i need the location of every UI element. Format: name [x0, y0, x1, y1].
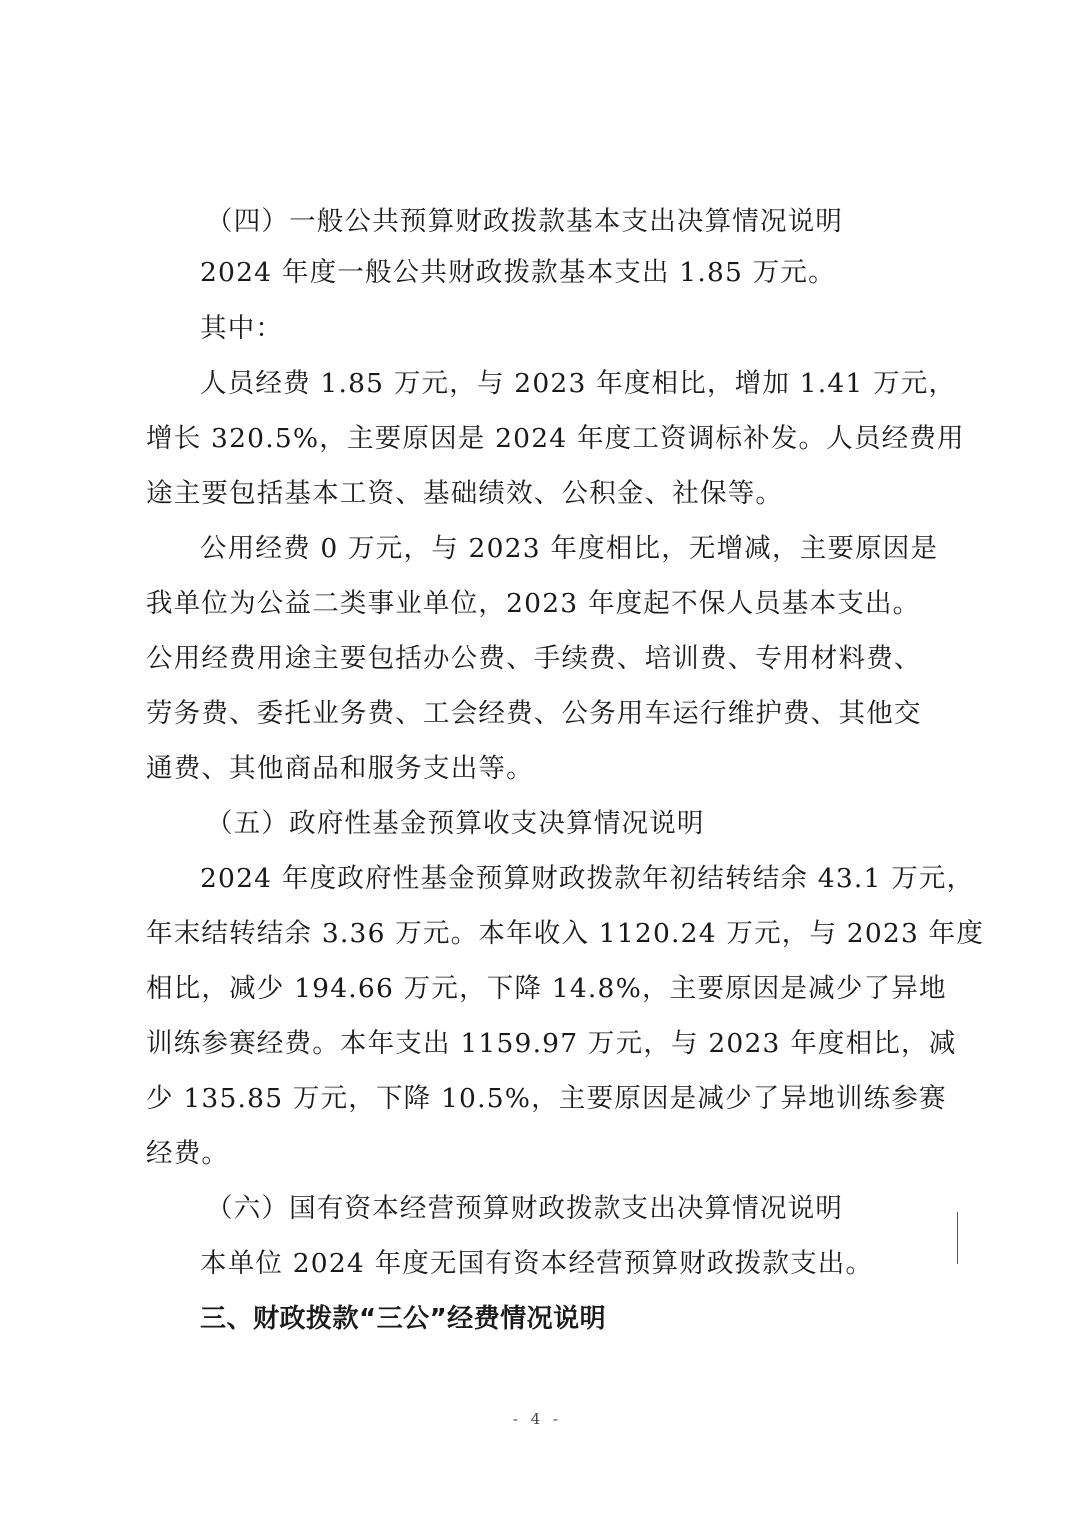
paragraph-line: 年末结转结余 3.36 万元。本年收入 1120.24 万元，与 2023 年度 — [146, 917, 984, 951]
document-page: （四）一般公共预算财政拨款基本支出决算情况说明 2024 年度一般公共财政拨款基… — [0, 0, 1075, 1520]
margin-mark — [957, 1212, 958, 1264]
paragraph-line: 2024 年度一般公共财政拨款基本支出 1.85 万元。 — [200, 256, 836, 290]
paragraph-line: 公用经费用途主要包括办公费、手续费、培训费、专用材料费、 — [146, 642, 922, 676]
paragraph-line: 其中： — [200, 312, 283, 346]
paragraph-line: 经费。 — [146, 1137, 229, 1171]
paragraph-line: 少 135.85 万元，下降 10.5%，主要原因是减少了异地训练参赛 — [146, 1082, 947, 1116]
page-number: - 4 - — [0, 1410, 1075, 1428]
paragraph-line: 我单位为公益二类事业单位，2023 年度起不保人员基本支出。 — [146, 587, 920, 621]
part-3-heading: 三、财政拨款“三公”经费情况说明 — [200, 1302, 606, 1336]
paragraph-line: 增长 320.5%，主要原因是 2024 年度工资调标补发。人员经费用 — [146, 422, 965, 456]
section-4-heading: （四）一般公共预算财政拨款基本支出决算情况说明 — [206, 205, 843, 239]
paragraph-line: 通费、其他商品和服务支出等。 — [146, 752, 534, 786]
paragraph-line: 训练参赛经费。本年支出 1159.97 万元，与 2023 年度相比，减 — [146, 1027, 956, 1061]
paragraph-line: 人员经费 1.85 万元，与 2023 年度相比，增加 1.41 万元， — [200, 367, 956, 401]
paragraph-line: 公用经费 0 万元，与 2023 年度相比，无增减，主要原因是 — [200, 532, 938, 566]
paragraph-line: 本单位 2024 年度无国有资本经营预算财政拨款支出。 — [200, 1247, 873, 1281]
paragraph-line: 途主要包括基本工资、基础绩效、公积金、社保等。 — [146, 477, 783, 511]
paragraph-line: 劳务费、委托业务费、工会经费、公务用车运行维护费、其他交 — [146, 697, 922, 731]
section-6-heading: （六）国有资本经营预算财政拨款支出决算情况说明 — [206, 1192, 843, 1226]
paragraph-line: 相比，减少 194.66 万元，下降 14.8%，主要原因是减少了异地 — [146, 972, 947, 1006]
paragraph-line: 2024 年度政府性基金预算财政拨款年初结转结余 43.1 万元， — [200, 862, 974, 896]
section-5-heading: （五）政府性基金预算收支决算情况说明 — [206, 807, 705, 841]
